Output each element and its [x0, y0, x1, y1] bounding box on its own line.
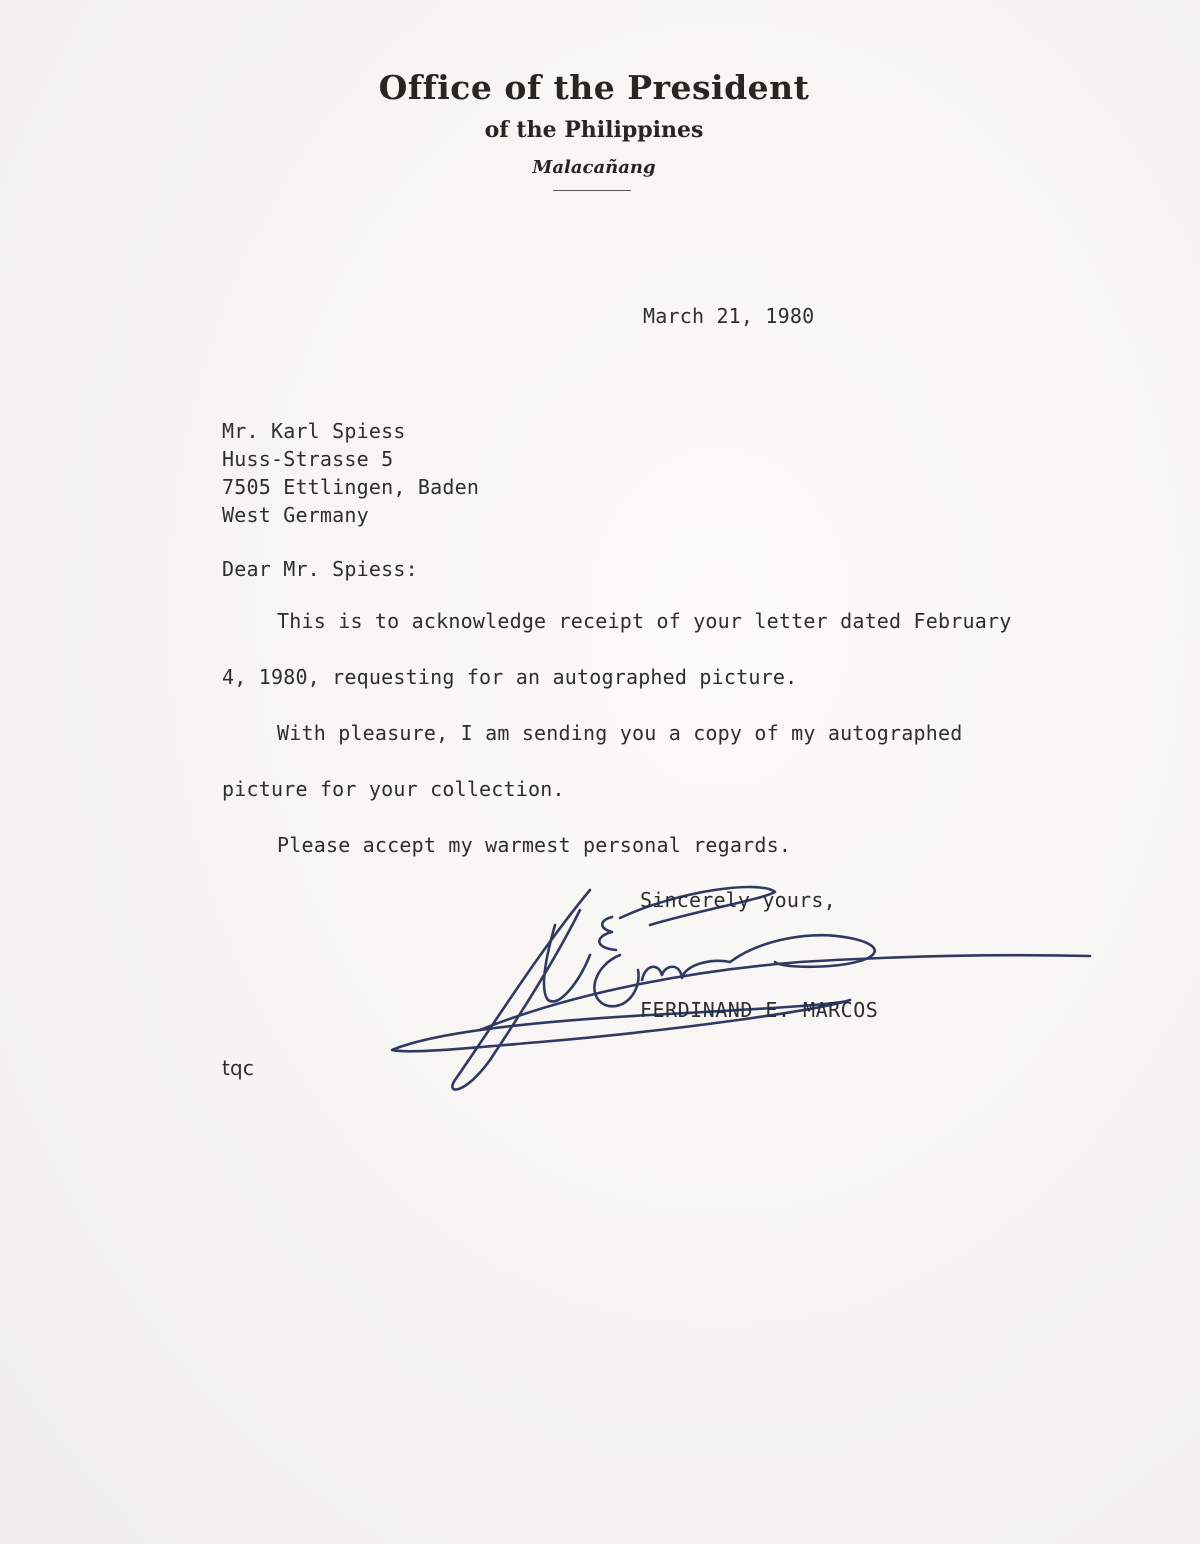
- body-paragraph-2-line-1: With pleasure, I am sending you a copy o…: [277, 721, 963, 745]
- recipient-country: West Germany: [222, 501, 369, 529]
- letterhead-title: Office of the President: [0, 68, 1194, 107]
- salutation: Dear Mr. Spiess:: [222, 557, 418, 581]
- body-paragraph-1-line-1: This is to acknowledge receipt of your l…: [277, 609, 1011, 633]
- body-paragraph-1-line-2: 4, 1980, requesting for an autographed p…: [222, 665, 797, 689]
- body-paragraph-3: Please accept my warmest personal regard…: [277, 833, 791, 857]
- letterhead-place: Malacañang: [0, 157, 1194, 178]
- letterhead-divider: [553, 190, 631, 191]
- typist-initials: tqc: [222, 1056, 254, 1080]
- body-paragraph-2-line-2: picture for your collection.: [222, 777, 565, 801]
- letter-date: March 21, 1980: [643, 304, 814, 328]
- letterhead-subtitle: of the Philippines: [0, 117, 1194, 143]
- recipient-name: Mr. Karl Spiess: [222, 417, 406, 445]
- letter-page: Office of the President of the Philippin…: [0, 0, 1200, 1544]
- signer-name: FERDINAND E. MARCOS: [640, 998, 878, 1022]
- recipient-street: Huss-Strasse 5: [222, 445, 393, 473]
- closing: Sincerely yours,: [640, 888, 836, 912]
- recipient-city: 7505 Ettlingen, Baden: [222, 473, 479, 501]
